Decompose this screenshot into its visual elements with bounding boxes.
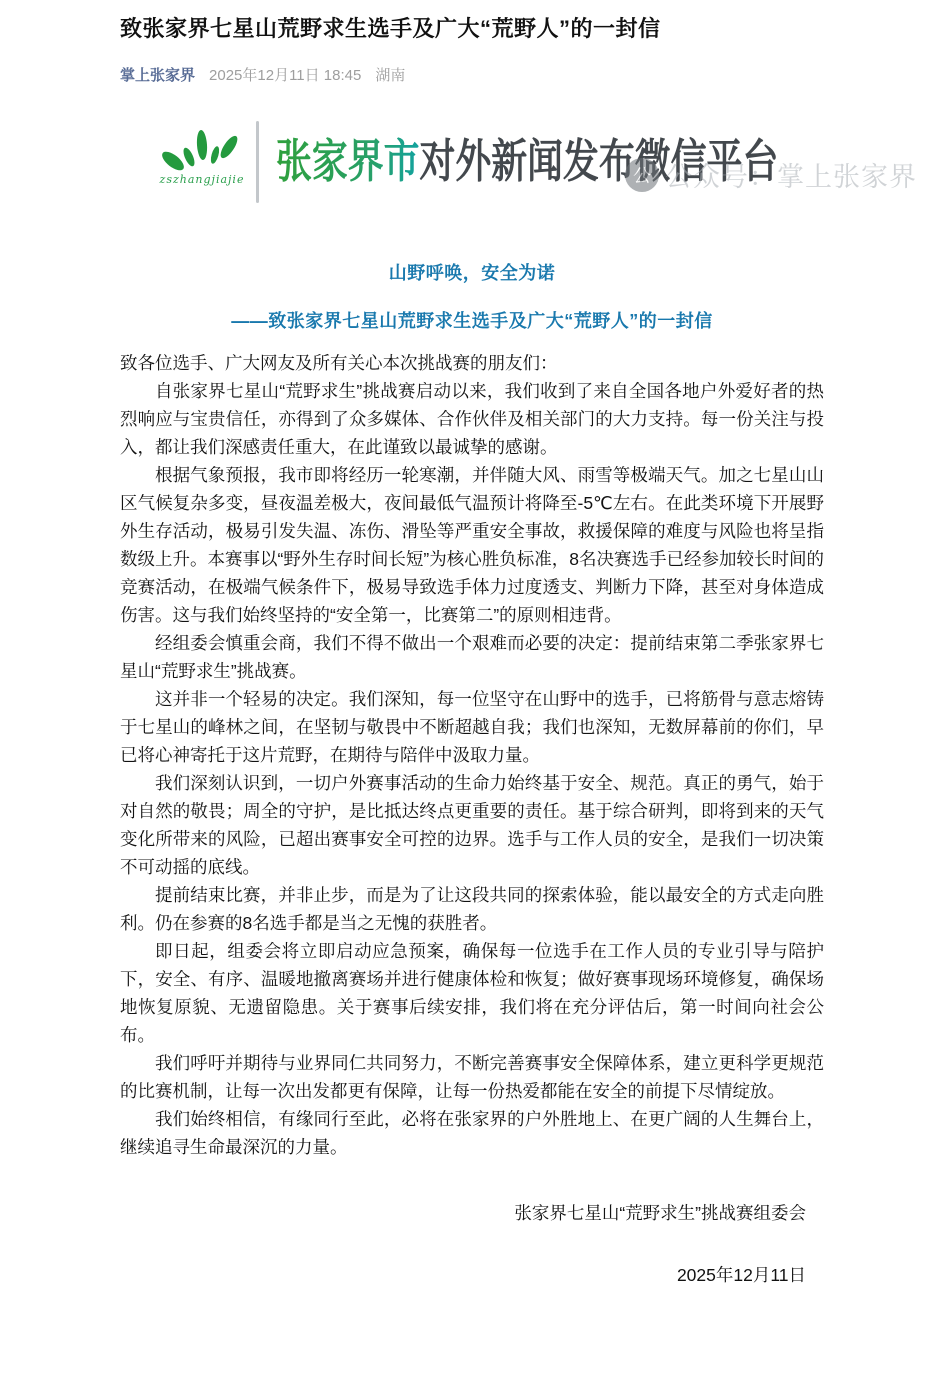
article-paragraph: 经组委会慎重会商，我们不得不做出一个艰难而必要的决定：提前结束第二季张家界七星山… [120, 629, 824, 685]
banner-divider [256, 121, 259, 203]
article-paragraph: 即日起，组委会将立即启动应急预案，确保每一位选手在工作人员的专业引导与陪护下，安… [120, 937, 824, 1049]
article-content: 山野呼唤，安全为诺 ——致张家界七星山荒野求生选手及广大“荒野人”的一封信 致各… [120, 261, 824, 1289]
article-paragraph: 提前结束比赛，并非止步，而是为了让这段共同的探索体验，能以最安全的方式走向胜利。… [120, 881, 824, 937]
article-paragraph: 这并非一个轻易的决定。我们深知，每一位坚守在山野中的选手，已将筋骨与意志熔铸于七… [120, 685, 824, 769]
letter-heading: 山野呼唤，安全为诺 [120, 261, 824, 285]
article-page: 致张家界七星山荒野求生选手及广大“荒野人”的一封信 掌上张家界 2025年12月… [0, 0, 944, 1386]
zhangjiajie-logo: zszhangjiajie [152, 123, 252, 186]
article-paragraph: 致各位选手、广大网友及所有关心本次挑战赛的朋友们： [120, 349, 824, 377]
signature-committee: 张家界七星山“荒野求生”挑战赛组委会 [120, 1199, 806, 1227]
brand-city-text: 张家界市 [276, 136, 420, 187]
article-meta: 掌上张家界 2025年12月11日 18:45 湖南 [120, 64, 824, 85]
signature-date: 2025年12月11日 [120, 1261, 806, 1289]
source-account-link[interactable]: 掌上张家界 [120, 64, 195, 85]
publish-datetime: 2025年12月11日 18:45 [209, 64, 361, 85]
page-title: 致张家界七星山荒野求生选手及广大“荒野人”的一封信 [120, 14, 824, 44]
article-paragraph: 我们呼吁并期待与业界同仁共同努力，不断完善赛事安全保障体系，建立更科学更规范的比… [120, 1049, 824, 1105]
letter-subheading: ——致张家界七星山荒野求生选手及广大“荒野人”的一封信 [120, 309, 824, 333]
logo-script-text: zszhangjiajie [152, 173, 252, 186]
article-paragraph: 我们始终相信，有缘同行至此，必将在张家界的户外胜地上、在更广阔的人生舞台上，继续… [120, 1105, 824, 1161]
leaf-logo-icon [152, 123, 252, 175]
article-paragraph: 自张家界七星山“荒野求生”挑战赛启动以来，我们收到了来自全国各地户外爱好者的热烈… [120, 377, 824, 461]
brand-platform-text: 对外新闻发布微信平台 [420, 136, 779, 187]
article-body: 致各位选手、广大网友及所有关心本次挑战赛的朋友们：自张家界七星山“荒野求生”挑战… [120, 349, 824, 1161]
publish-location: 湖南 [375, 64, 405, 85]
banner-brand-text: 张家界市对外新闻发布微信平台 [276, 127, 778, 197]
signature-block: 张家界七星山“荒野求生”挑战赛组委会 2025年12月11日 [120, 1199, 824, 1289]
article-paragraph: 根据气象预报，我市即将经历一轮寒潮，并伴随大风、雨雪等极端天气。加之七星山山区气… [120, 461, 824, 629]
article-paragraph: 我们深刻认识到，一切户外赛事活动的生命力始终基于安全、规范。真正的勇气，始于对自… [120, 769, 824, 881]
banner-image: zszhangjiajie 张家界市对外新闻发布微信平台 公 公众号：掌上张家界 [120, 113, 844, 231]
